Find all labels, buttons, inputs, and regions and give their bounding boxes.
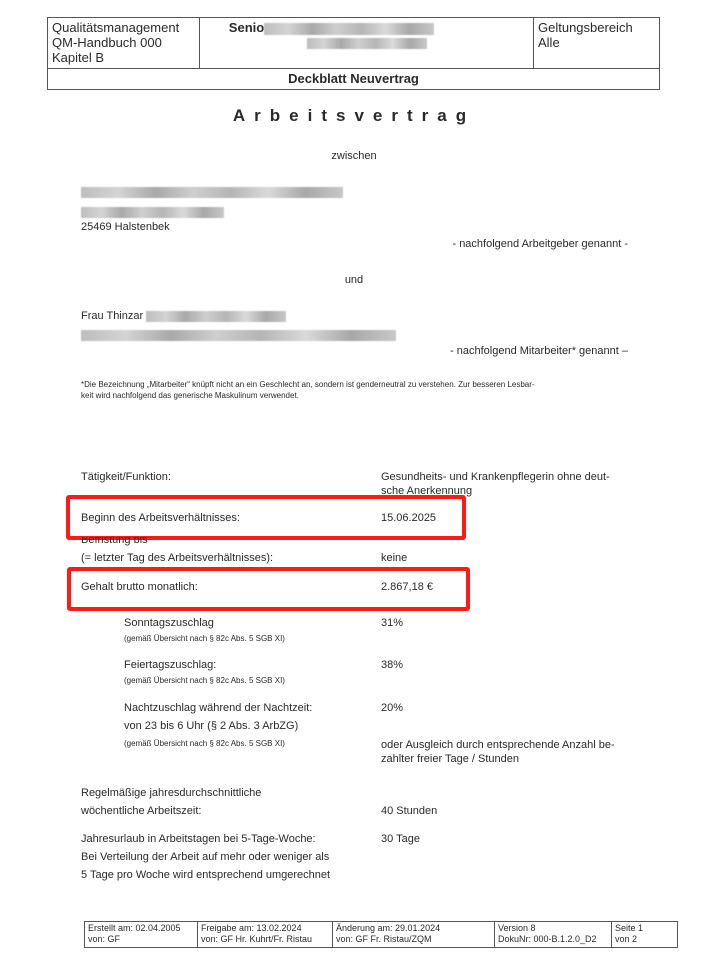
night-label-line-2: von 23 bis 6 Uhr (§ 2 Abs. 3 ArbZG) [124, 719, 312, 733]
night-supplement: Nachtzuschlag während der Nachtzeit: von… [124, 701, 312, 749]
footnote-line-1: *Die Bezeichnung „Mitarbeiter“ knüpft ni… [81, 379, 641, 390]
limit-label: Befristung bis (= letzter Tag des Arbeit… [81, 537, 273, 565]
hours-value: 40 Stunden [381, 804, 437, 818]
hours-label-line-2: wöchentliche Arbeitszeit: [81, 804, 261, 818]
employee-name: Frau Thinzar [81, 309, 286, 323]
holiday-note: (gemäß Übersicht nach § 82c Abs. 5 SGB X… [124, 675, 285, 686]
night-value: 20% [381, 701, 403, 715]
gender-footnote: *Die Bezeichnung „Mitarbeiter“ knüpft ni… [81, 379, 641, 401]
vacation-label-line-1: Jahresurlaub in Arbeitstagen bei 5-Tage-… [81, 832, 330, 846]
between-label: zwischen [0, 149, 708, 163]
salary-value: 2.867,18 € [381, 580, 433, 594]
document-header: Qualitätsmanagement QM-Handbuch 000 Kapi… [47, 17, 660, 90]
header-subtitle: Deckblatt Neuvertrag [48, 68, 659, 90]
release-by: von: GF Hr. Kuhrt/Fr. Ristau [201, 934, 329, 945]
document-footer: Erstellt am: 02.04.2005 von: GF Freigabe… [84, 921, 678, 948]
salary-label: Gehalt brutto monatlich: [81, 580, 198, 594]
qm-chapter: Kapitel B [52, 50, 195, 65]
footer-version: Version 8 DokuNr: 000-B.1.2.0_D2 [495, 922, 612, 947]
holiday-label: Feiertagszuschlag: [124, 658, 285, 672]
release-date: Freigabe am: 13.02.2024 [201, 923, 329, 934]
night-label-line-1: Nachtzuschlag während der Nachtzeit: [124, 701, 312, 715]
vacation-label-line-2: Bei Verteilung der Arbeit auf mehr oder … [81, 850, 330, 864]
sunday-note: (gemäß Übersicht nach § 82c Abs. 5 SGB X… [124, 633, 285, 644]
sunday-value: 31% [381, 616, 403, 630]
redacted-org-name [264, 23, 434, 35]
version-number: Version 8 [498, 923, 608, 934]
created-by: von: GF [88, 934, 194, 945]
page-current: Seite 1 [615, 923, 674, 934]
header-scope-cell: Geltungsbereich Alle [534, 18, 659, 68]
vacation-label-line-3: 5 Tage pro Woche wird entsprechend umger… [81, 868, 330, 882]
org-name-visible: Senio [229, 20, 264, 35]
start-label: Beginn des Arbeitsverhältnisses: [81, 511, 240, 525]
start-value: 15.06.2025 [381, 511, 436, 525]
limit-label-line-2: (= letzter Tag des Arbeitsverhältnisses)… [81, 551, 273, 565]
change-date: Änderung am: 29.01.2024 [336, 923, 491, 934]
redacted-employee-surname [146, 311, 286, 322]
redacted-employee-address [81, 327, 396, 345]
employee-designation: - nachfolgend Mitarbeiter* genannt – [450, 344, 628, 358]
footer-page: Seite 1 von 2 [612, 922, 677, 947]
redacted-org-subtitle [307, 38, 427, 49]
header-qm-cell: Qualitätsmanagement QM-Handbuch 000 Kapi… [48, 18, 200, 68]
document-number: DokuNr: 000-B.1.2.0_D2 [498, 934, 608, 945]
qm-handbook: QM-Handbuch 000 [52, 35, 195, 50]
scope-label: Geltungsbereich [538, 20, 655, 35]
function-value-line-1: Gesundheits- und Krankenpflegerin ohne d… [381, 470, 610, 484]
hours-label: Regelmäßige jahresdurchschnittliche wöch… [81, 786, 261, 818]
sunday-supplement: Sonntagszuschlag (gemäß Übersicht nach §… [124, 616, 285, 644]
qm-label: Qualitätsmanagement [52, 20, 195, 35]
footer-change: Änderung am: 29.01.2024 von: GF Fr. Rist… [333, 922, 495, 947]
page-total: von 2 [615, 934, 674, 945]
hours-label-line-1: Regelmäßige jahresdurchschnittliche [81, 786, 261, 800]
holiday-value: 38% [381, 658, 403, 672]
scope-value: Alle [538, 35, 655, 50]
change-by: von: GF Fr. Ristau/ZQM [336, 934, 491, 945]
holiday-supplement: Feiertagszuschlag: (gemäß Übersicht nach… [124, 658, 285, 686]
document-title: Arbeitsvertrag [0, 106, 708, 126]
sunday-label: Sonntagszuschlag [124, 616, 285, 630]
vacation-value: 30 Tage [381, 832, 420, 846]
night-alt-line-2: zahlter freier Tage / Stunden [381, 752, 615, 766]
function-label: Tätigkeit/Funktion: [81, 470, 171, 484]
vacation-label: Jahresurlaub in Arbeitstagen bei 5-Tage-… [81, 832, 330, 882]
footer-release: Freigabe am: 13.02.2024 von: GF Hr. Kuhr… [198, 922, 333, 947]
limit-label-line-1: Befristung bis [81, 537, 273, 546]
header-org-cell: Senio [200, 18, 534, 68]
night-alternative: oder Ausgleich durch entsprechende Anzah… [381, 738, 615, 766]
employee-name-visible: Frau Thinzar [81, 310, 143, 322]
employer-designation: - nachfolgend Arbeitgeber genannt - [452, 237, 628, 251]
night-alt-line-1: oder Ausgleich durch entsprechende Anzah… [381, 738, 615, 752]
night-note: (gemäß Übersicht nach § 82c Abs. 5 SGB X… [124, 738, 312, 749]
employer-city: 25469 Halstenbek [81, 220, 170, 234]
function-value: Gesundheits- und Krankenpflegerin ohne d… [381, 470, 610, 498]
header-row: Qualitätsmanagement QM-Handbuch 000 Kapi… [48, 18, 659, 69]
created-date: Erstellt am: 02.04.2005 [88, 923, 194, 934]
limit-value: keine [381, 551, 407, 565]
redacted-employer-name [81, 184, 343, 202]
and-label: und [0, 273, 708, 287]
footer-created: Erstellt am: 02.04.2005 von: GF [85, 922, 198, 947]
footnote-line-2: keit wird nachfolgend das generische Mas… [81, 390, 641, 401]
